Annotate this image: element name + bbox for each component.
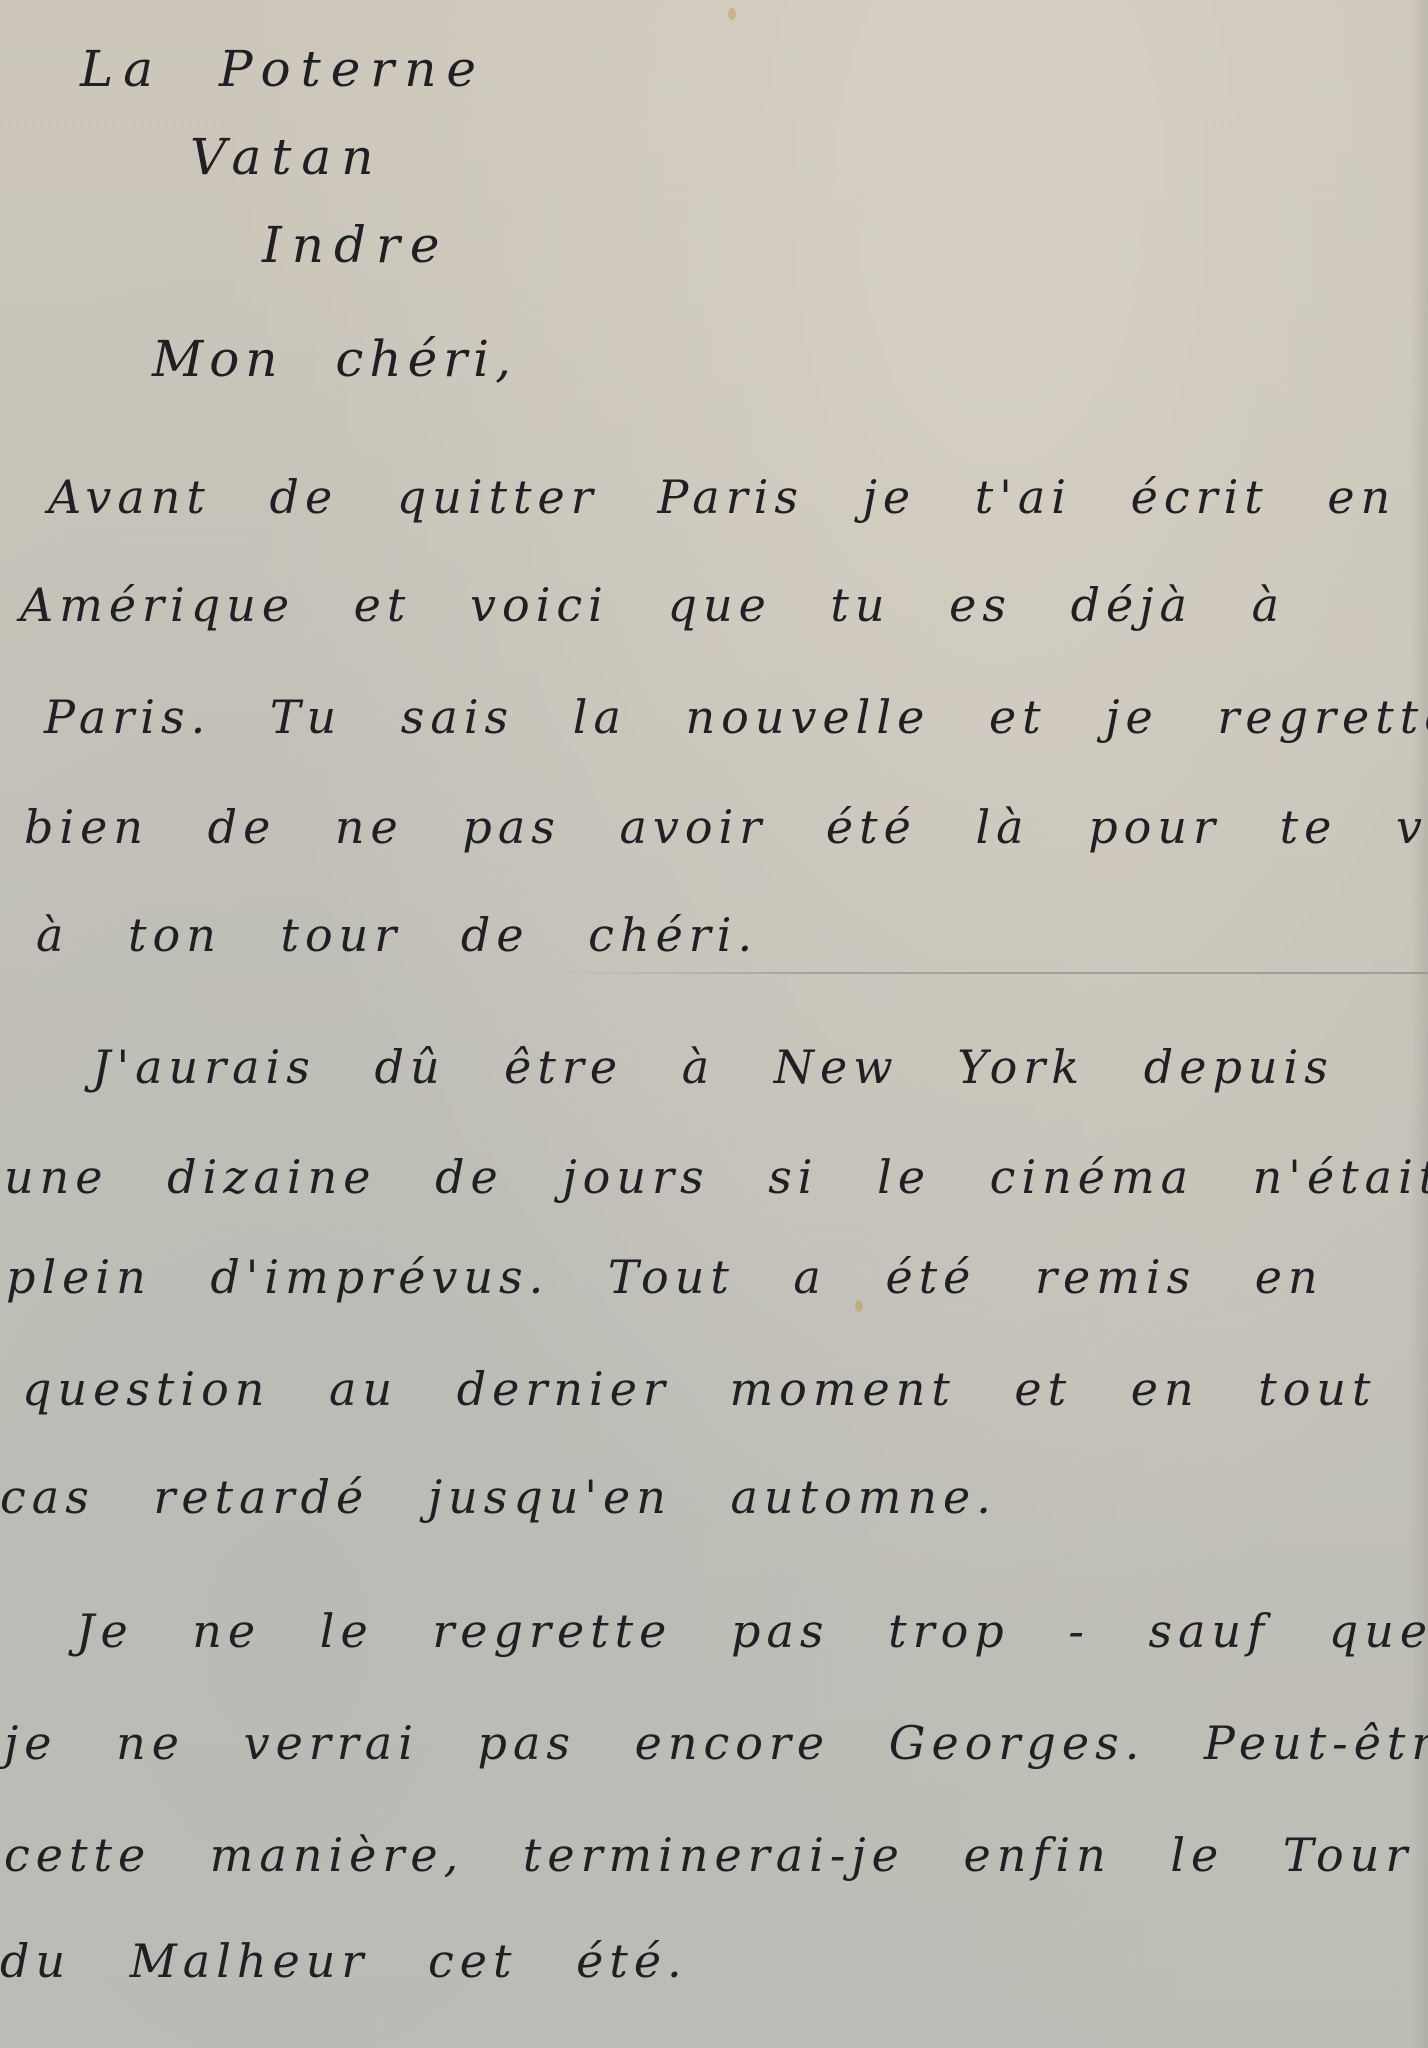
ink-stain (728, 8, 736, 20)
body-line: je ne verrai pas encore Georges. Peut-êt… (4, 1716, 1428, 1770)
letter-page: La Poterne Vatan Indre Mon chéri, Avant … (0, 0, 1428, 2048)
body-line: bien de ne pas avoir été là pour te voir (24, 800, 1428, 854)
body-line: J'aurais dû être à New York depuis (92, 1040, 1334, 1094)
body-line: Amérique et voici que tu es déjà à (20, 578, 1285, 632)
body-line: une dizaine de jours si le cinéma n'étai… (4, 1150, 1428, 1204)
body-line: Je ne le regrette pas trop - sauf que (76, 1604, 1428, 1658)
body-line: plein d'imprévus. Tout a été remis en (6, 1250, 1324, 1304)
body-line: Paris. Tu sais la nouvelle et je regrett… (44, 690, 1428, 744)
salutation: Mon chéri, (152, 330, 517, 388)
paper-fold-crease (560, 972, 1428, 974)
address-line-3: Indre (262, 216, 449, 274)
body-line: du Malheur cet été. (0, 1934, 688, 1988)
body-line: question au dernier moment et en tout (22, 1362, 1377, 1416)
address-line-1: La Poterne (80, 40, 486, 98)
address-line-2: Vatan (190, 128, 383, 186)
body-line: cas retardé jusqu'en automne. (0, 1470, 997, 1524)
body-line: cette manière, terminerai-je enfin le To… (4, 1828, 1413, 1882)
body-line: à ton tour de chéri. (36, 908, 758, 962)
body-line: Avant de quitter Paris je t'ai écrit en (48, 470, 1396, 524)
